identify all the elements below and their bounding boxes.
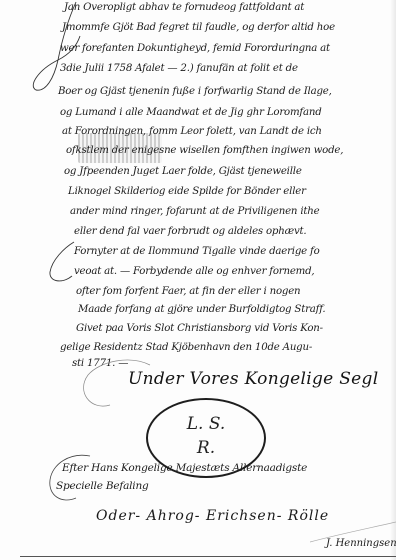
bottom-rule — [20, 556, 396, 557]
body-line: Maade forfang at gjöre under Burfoldigto… — [78, 304, 325, 315]
body-line: ofter fom forfent Faer, at fin der eller… — [76, 286, 300, 297]
body-line: Liknogel Skilderiog eide Spilde for Bönd… — [68, 186, 306, 197]
body-line: ofkstlem der enigesne wisellen fomfthen … — [66, 145, 343, 156]
body-line: veoat at. — Forbydende alle og enhver fo… — [74, 266, 314, 277]
body-line: og Lumand i alle Maandwat et de Jig ghr … — [60, 107, 322, 118]
body-line: wer forefanten Dokuntigheyd, femid Foror… — [60, 43, 330, 54]
closing-line: Efter Hans Kongelige Majestæts Allernaad… — [62, 462, 307, 474]
body-line: 3die Julii 1758 Afalet — 2.) fanufän at … — [60, 63, 298, 74]
seal-initials-top: L. S. — [148, 414, 264, 434]
body-line: eller dend fal vaer forbrudt og aldeles … — [74, 226, 306, 237]
clerk-signature: J. Henningsen — [326, 538, 396, 549]
body-line: Fornyter at de Ilommund Tigalle vinde da… — [74, 246, 320, 257]
page-edge-shadow — [390, 0, 396, 560]
body-line: ander mind ringer, fofarunt at de Privil… — [70, 206, 319, 217]
body-line: Boer og Gjäst tjenenin fuße i forfwarlig… — [58, 86, 332, 97]
body-line: Givet paa Voris Slot Christiansborg vid … — [76, 323, 323, 334]
signatories: Oder- Ahrog- Erichsen- Rölle — [96, 508, 329, 524]
body-line: gelige Residentz Stad Kjöbenhavn den 10d… — [60, 342, 312, 353]
body-line: sti 1771. — — [72, 358, 128, 369]
body-line: og Jfpeenden Juget Laer folde, Gjäst tje… — [64, 166, 302, 177]
seal-caption: Under Vores Kongelige Segl — [128, 369, 378, 389]
body-line: Jmommfe Gjöt Bad fegret til faudle, og d… — [62, 22, 335, 33]
body-line: Jan Overopligt abhav te fornudeog fattfo… — [64, 2, 304, 13]
manuscript-page: Jan Overopligt abhav te fornudeog fattfo… — [0, 0, 396, 560]
body-line: at Forordningen, fomm Leor folett, van L… — [62, 126, 322, 137]
seal-initials-bottom: R. — [148, 438, 264, 458]
closing-line: Specielle Befaling — [56, 480, 149, 492]
